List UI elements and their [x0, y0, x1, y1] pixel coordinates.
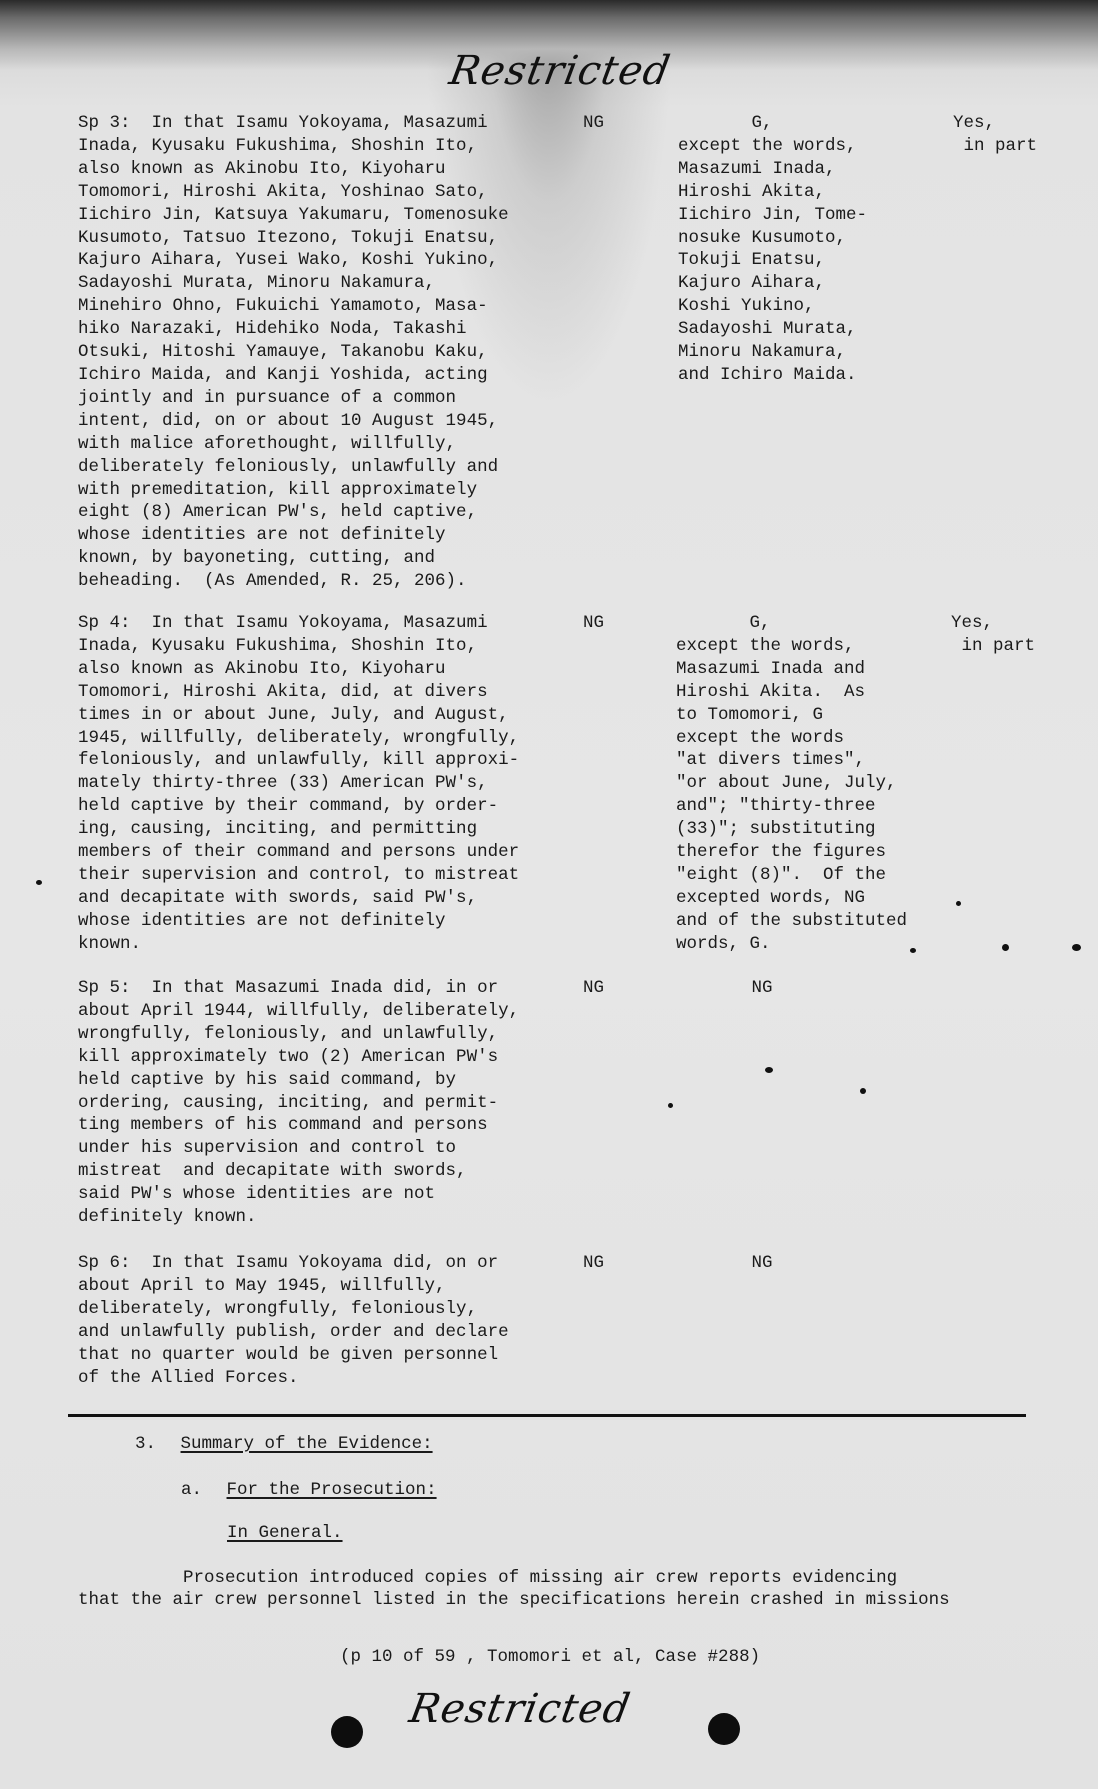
- spec-finding: G, except the words, Masazumi Inada and …: [676, 612, 907, 956]
- spec-finding: NG: [678, 1252, 773, 1275]
- spec-finding: G, except the words, Masazumi Inada, Hir…: [678, 112, 867, 387]
- scan-speck: [910, 948, 916, 953]
- spec-text: Sp 6: In that Isamu Yokoyama did, on or …: [78, 1252, 578, 1389]
- scan-speck: [765, 1067, 773, 1073]
- spec-text: Sp 4: In that Isamu Yokoyama, Masazumi I…: [78, 612, 578, 956]
- spec-sentence: Yes, in part: [953, 112, 1037, 158]
- spec-finding: NG: [678, 977, 773, 1000]
- spec-plea: NG: [583, 1252, 604, 1275]
- subsection-title: For the Prosecution:: [227, 1480, 437, 1500]
- section-heading: 3. Summary of the Evidence:: [135, 1434, 433, 1454]
- section-number: 3.: [135, 1434, 156, 1454]
- subheading-text: In General.: [227, 1523, 343, 1543]
- evidence-paragraph: Prosecution introduced copies of missing…: [78, 1567, 1028, 1611]
- punch-hole-right: [708, 1713, 740, 1745]
- punch-hole-left: [331, 1716, 363, 1748]
- scan-speck: [1002, 944, 1009, 951]
- classification-stamp-top: Restricted: [446, 48, 674, 94]
- spec-text: Sp 3: In that Isamu Yokoyama, Masazumi I…: [78, 112, 578, 593]
- spec-plea: NG: [583, 612, 604, 635]
- scan-speck: [860, 1088, 866, 1094]
- subsection-heading: a. For the Prosecution:: [181, 1480, 437, 1500]
- spec-plea: NG: [583, 112, 604, 135]
- scan-speck: [956, 901, 961, 906]
- subsection-letter: a.: [181, 1480, 202, 1500]
- scan-speck: [36, 880, 42, 885]
- subheading: In General.: [227, 1523, 343, 1543]
- spec-text: Sp 5: In that Masazumi Inada did, in or …: [78, 977, 578, 1229]
- classification-stamp-bottom: Restricted: [406, 1686, 634, 1732]
- scan-speck: [668, 1103, 673, 1108]
- section-divider: [68, 1414, 1026, 1417]
- section-title: Summary of the Evidence:: [181, 1434, 433, 1454]
- spec-plea: NG: [583, 977, 604, 1000]
- spec-sentence: Yes, in part: [951, 612, 1035, 658]
- scan-speck: [1072, 944, 1081, 951]
- document-page: Restricted Sp 3: In that Isamu Yokoyama,…: [0, 0, 1098, 1789]
- page-footer: (p 10 of 59 , Tomomori et al, Case #288): [340, 1647, 760, 1667]
